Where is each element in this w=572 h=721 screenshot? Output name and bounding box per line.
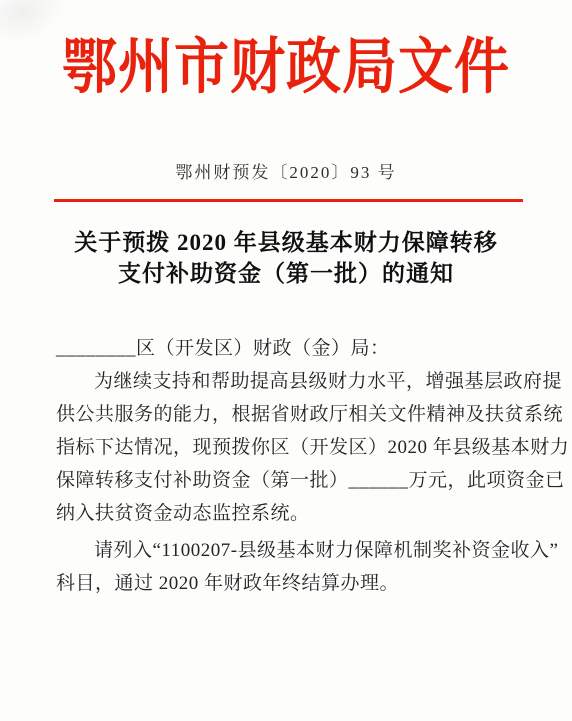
- body-text-line: 科目，通过 2020 年财政年终结算办理。: [56, 567, 526, 600]
- body-text-line: 纳入扶贫资金动态监控系统。: [56, 497, 526, 530]
- document-title-line1: 关于预拨 2020 年县级基本财力保障转移: [0, 227, 572, 258]
- agency-header-title: 鄂州市财政局文件: [0, 32, 572, 102]
- document-reference-number: 鄂州财预发〔2020〕93 号: [0, 162, 572, 184]
- document-title: 关于预拨 2020 年县级基本财力保障转移 支付补助资金（第一批）的通知: [0, 227, 572, 289]
- body-text-line: 供公共服务的能力，根据省财政厅相关文件精神及扶贫系统: [56, 398, 526, 431]
- salutation-line: ________区（开发区）财政（金）局：: [56, 332, 526, 365]
- document-title-line2: 支付补助资金（第一批）的通知: [0, 258, 572, 289]
- body-text-line: 保障转移支付补助资金（第一批）______万元，此项资金已: [56, 464, 526, 497]
- body-text-line: 请列入“1100207-县级基本财力保障机制奖补资金收入”: [56, 534, 526, 567]
- body-text-line: 为继续支持和帮助提高县级财力水平，增强基层政府提: [56, 365, 526, 398]
- red-divider-line: [54, 199, 523, 202]
- document-page: 鄂州市财政局文件 鄂州财预发〔2020〕93 号 关于预拨 2020 年县级基本…: [0, 0, 572, 721]
- document-body: ________区（开发区）财政（金）局： 为继续支持和帮助提高县级财力水平，增…: [56, 332, 526, 600]
- body-text-line: 指标下达情况，现预拨你区（开发区）2020 年县级基本财力: [56, 431, 526, 464]
